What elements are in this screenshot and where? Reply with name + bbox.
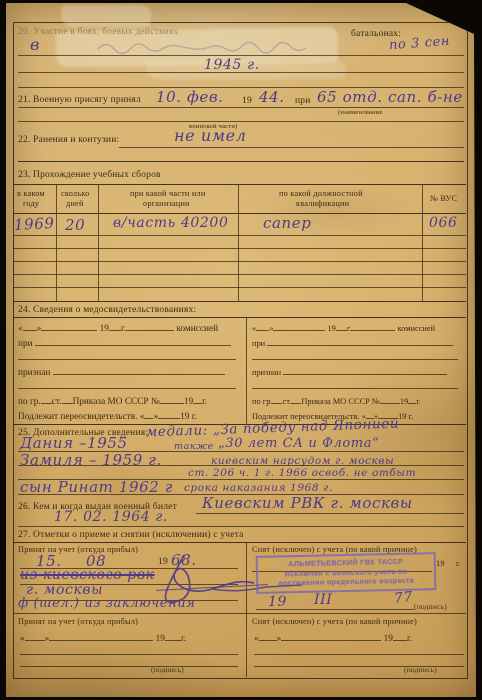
- tape-patch: [61, 5, 151, 27]
- table-row-rule: [13, 261, 466, 262]
- rule-line: [119, 147, 464, 148]
- sec21-sublabel-1: (наименование: [338, 109, 383, 116]
- table-column-divider: [238, 185, 239, 301]
- sec21-unit: 65 отд. сап. б-не: [317, 88, 463, 106]
- sec27-right-label-2: Снят (исключен) с учета (по какой причин…: [252, 617, 417, 626]
- sec20-handwriting-year: 1945 г.: [204, 57, 260, 73]
- col-header-days: дней: [66, 199, 84, 208]
- table-cell-vus: 066: [429, 215, 458, 231]
- rule-line: [18, 121, 464, 122]
- sec23-title: 23. Прохождение учебных сборов: [18, 170, 161, 180]
- rule-line: [18, 55, 464, 56]
- table-header-rule: [13, 213, 466, 214]
- rule-line: [256, 609, 414, 610]
- sec27-left-label-2: Принят на учет (откуда прибыл): [18, 617, 138, 626]
- sec27-podpis-right2: (подпись): [404, 665, 437, 674]
- rule-line: [20, 666, 238, 667]
- sec26-issuer: Киевским РВК г. москвы: [202, 494, 413, 512]
- document-paper: 20. Участие в боях, боевых действиях бат…: [6, 3, 476, 697]
- rule-line: [18, 526, 464, 527]
- table-cell-year: 1969: [14, 214, 55, 234]
- sec22-label: 22. Ранения и контузии:: [18, 135, 119, 145]
- sec24-column-divider: [246, 317, 247, 424]
- med-exam-block-left: «» 19г. комиссией при признан по гр.ст.П…: [18, 322, 244, 424]
- almetyevsk-gvk-stamp: АЛЬМЕТЬЕВСКИЙ ГВК ТАССР Исключен с воинс…: [256, 552, 437, 593]
- col-header-unit: при какой части или: [130, 189, 205, 198]
- sec20-handwriting-v: в: [30, 35, 40, 54]
- sec21-label: 21. Военную присягу принял: [18, 95, 141, 105]
- sec25-daughter-2: Замиля – 1959 г.: [20, 451, 162, 469]
- table-column-divider: [422, 185, 423, 301]
- sec25-article: ст. 206 ч. 1 г. 1966 освоб. не отбыт: [188, 467, 416, 479]
- sec25-sentence: срока наказания 1968 г.: [184, 482, 333, 494]
- sec21-oath-year: 44.: [259, 88, 285, 106]
- col-header-qualification: квалификации: [296, 199, 349, 208]
- training-camps-table: в каком году сколько дней при какой част…: [13, 184, 466, 302]
- table-cell-qualification: сапер: [263, 214, 311, 232]
- sec24-title: 24. Сведения о медосвидетельствованиях:: [18, 305, 196, 315]
- sec22-handwriting: не имел: [174, 126, 247, 145]
- sec27-right-date-row: «» 19г.: [254, 632, 464, 647]
- sec27-left-date-row: «» 19г.: [20, 632, 238, 647]
- rule-line: [13, 317, 466, 318]
- sec25-medal-2: „30 лет СА и Флота“: [218, 436, 379, 451]
- sec27-podpis-left2: (подпись): [151, 665, 184, 674]
- sec27-removal-month: III: [314, 592, 332, 608]
- sec27-removal-year: 77: [393, 589, 414, 607]
- rule-line: [196, 513, 464, 514]
- rule-line: [18, 161, 464, 162]
- sec26-issue-date: 17. 02. 1964 г.: [54, 509, 168, 525]
- table-column-divider: [56, 185, 57, 301]
- table-row-rule: [13, 287, 466, 288]
- rule-line: [18, 465, 464, 466]
- rule-line: [13, 542, 466, 543]
- sec27-podpis-right1: (подпись): [414, 602, 447, 611]
- sec21-printed-19: 19: [242, 96, 252, 106]
- table-row-rule: [13, 235, 466, 236]
- table-cell-days: 20: [65, 216, 85, 234]
- sec27-right-printed-19: 19: [436, 559, 445, 568]
- col-header-year: году: [23, 199, 39, 208]
- rule-line: [254, 654, 464, 655]
- faded-handwriting-squiggle: [96, 37, 336, 57]
- sec25-daughter-1: Дания –1955: [20, 434, 128, 452]
- sec20-label: 20. Участие в боях, боевых действиях: [18, 27, 178, 37]
- sec20-handwriting-date: по 3 сен: [389, 34, 451, 53]
- col-header-qualification: по какой должностной: [279, 189, 363, 198]
- table-row-rule: [13, 248, 466, 249]
- sec27-removal-day: 19: [268, 594, 287, 610]
- table-column-divider: [98, 185, 99, 301]
- med-exam-block-right: «» 19г. комиссией при признан по гр.ст.П…: [252, 322, 464, 424]
- col-header-year: в каком: [17, 189, 45, 198]
- table-cell-unit: в/часть 40200: [113, 215, 228, 231]
- sec27-title: 27. Отметки о приеме и снятии (исключени…: [18, 530, 244, 540]
- sec27-right-printed-g: г.: [456, 559, 461, 568]
- rule-line: [20, 654, 238, 655]
- table-row-rule: [13, 274, 466, 275]
- sec21-oath-date: 10. фев.: [156, 88, 224, 106]
- col-header-vus: № ВУС: [430, 194, 457, 203]
- col-header-days: сколько: [61, 189, 89, 198]
- sec21-pri: при: [295, 96, 311, 106]
- col-header-unit: организации: [143, 199, 190, 208]
- rule-line: [18, 72, 464, 73]
- scanned-military-document: 20. Участие в боях, боевых действиях бат…: [0, 0, 482, 700]
- rule-line: [18, 107, 464, 108]
